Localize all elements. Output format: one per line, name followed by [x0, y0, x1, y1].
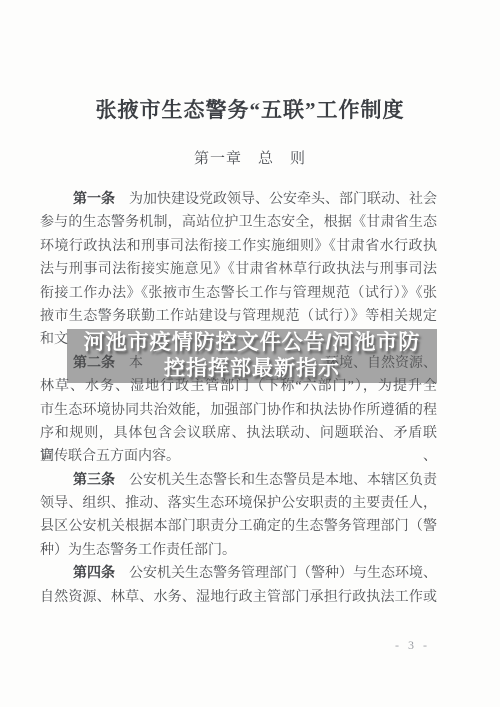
document-line: 序和规则，具体包含会议联席、执法联动、问题联治、矛盾联调、 [40, 422, 437, 445]
document-line: 第一条 为加快建设党政领导、公安牵头、部门联动、社会 [40, 188, 437, 211]
body-text-segment: 种）为生态警务工作责任部门。 [40, 543, 236, 558]
body-text-segment: 参与的生态警务机制，高站位护卫生态安全，根据《甘肃省生态 [40, 215, 437, 230]
page-title: 张掖市生态警务“五联”工作制度 [0, 94, 500, 124]
document-line: 环境行政执法和刑事司法衔接工作实施细则》《甘肃省水行政执 [40, 235, 437, 258]
document-page: 张掖市生态警务“五联”工作制度 第一章 总 则 第一条 为加快建设党政领导、公安… [0, 0, 500, 707]
document-line: 第四条 公安机关生态警务管理部门（警种）与生态环境、 [40, 562, 437, 585]
chapter-heading: 第一章 总 则 [0, 147, 500, 168]
document-line: 第三条 公安机关生态警长和生态警员是本地、本辖区负责 [40, 469, 437, 492]
body-text-segment: 宣传联合五方面内容。 [40, 449, 180, 464]
body-text-segment: 自然资源、林草、水务、湿地行政主管部门承担行政执法工作或 [40, 590, 437, 605]
body-text-segment: 法与刑事司法衔接实施意见》《甘肃省林草行政执法与刑事司法 [40, 262, 437, 277]
document-line: 掖市生态警务联勤工作站建设与管理规范（试行）》等相关规定 [40, 305, 437, 328]
body-text-segment: 环境行政执法和刑事司法衔接工作实施细则》《甘肃省水行政执 [40, 239, 437, 254]
article-number-label: 第三条 [73, 473, 115, 488]
page-number: - 3 - [395, 638, 430, 653]
body-text-segment: 为加快建设党政领导、公安牵头、部门联动、社会 [115, 192, 437, 207]
document-body: 第一条 为加快建设党政领导、公安牵头、部门联动、社会参与的生态警务机制，高站位护… [40, 188, 437, 609]
document-line: 县区公安机关根据本部门职责分工确定的生态警务管理部门（警 [40, 515, 437, 538]
document-line: 法与刑事司法衔接实施意见》《甘肃省林草行政执法与刑事司法 [40, 258, 437, 281]
overlay-banner[interactable]: 河池市疫情防控文件公告/河池市防 控指挥部最新指示 [67, 329, 437, 383]
body-text-segment: 衔接工作办法》《张掖市生态警长工作与管理规范（试行）》《张 [40, 286, 437, 301]
document-line: 市生态环境协同共治效能，加强部门协作和执法协作所遵循的程 [40, 399, 437, 422]
body-text-segment: 和文 [40, 332, 68, 347]
document-line: 参与的生态警务机制，高站位护卫生态安全，根据《甘肃省生态 [40, 211, 437, 234]
article-number-label: 第四条 [73, 566, 115, 581]
body-text-segment: 掖市生态警务联勤工作站建设与管理规范（试行）》等相关规定 [40, 309, 437, 324]
body-text-segment: 领导、组织、推动、落实生态环境保护公安职责的主要责任人， [40, 496, 437, 511]
document-line: 衔接工作办法》《张掖市生态警长工作与管理规范（试行）》《张 [40, 282, 437, 305]
overlay-title-line-1: 河池市疫情防控文件公告/河池市防 [84, 330, 421, 356]
body-text-segment: 公安机关生态警长和生态警员是本地、本辖区负责 [115, 473, 437, 488]
body-text-segment: 公安机关生态警务管理部门（警种）与生态环境、 [115, 566, 437, 581]
document-line: 种）为生态警务工作责任部门。 [40, 539, 437, 562]
article-number-label: 第一条 [73, 192, 115, 207]
overlay-title-line-2: 控指挥部最新指示 [164, 356, 340, 382]
body-text-segment: 县区公安机关根据本部门职责分工确定的生态警务管理部门（警 [40, 519, 437, 534]
document-line: 领导、组织、推动、落实生态环境保护公安职责的主要责任人， [40, 492, 437, 515]
body-text-segment: 市生态环境协同共治效能，加强部门协作和执法协作所遵循的程 [40, 403, 437, 418]
document-line: 自然资源、林草、水务、湿地行政主管部门承担行政执法工作或 [40, 586, 437, 609]
